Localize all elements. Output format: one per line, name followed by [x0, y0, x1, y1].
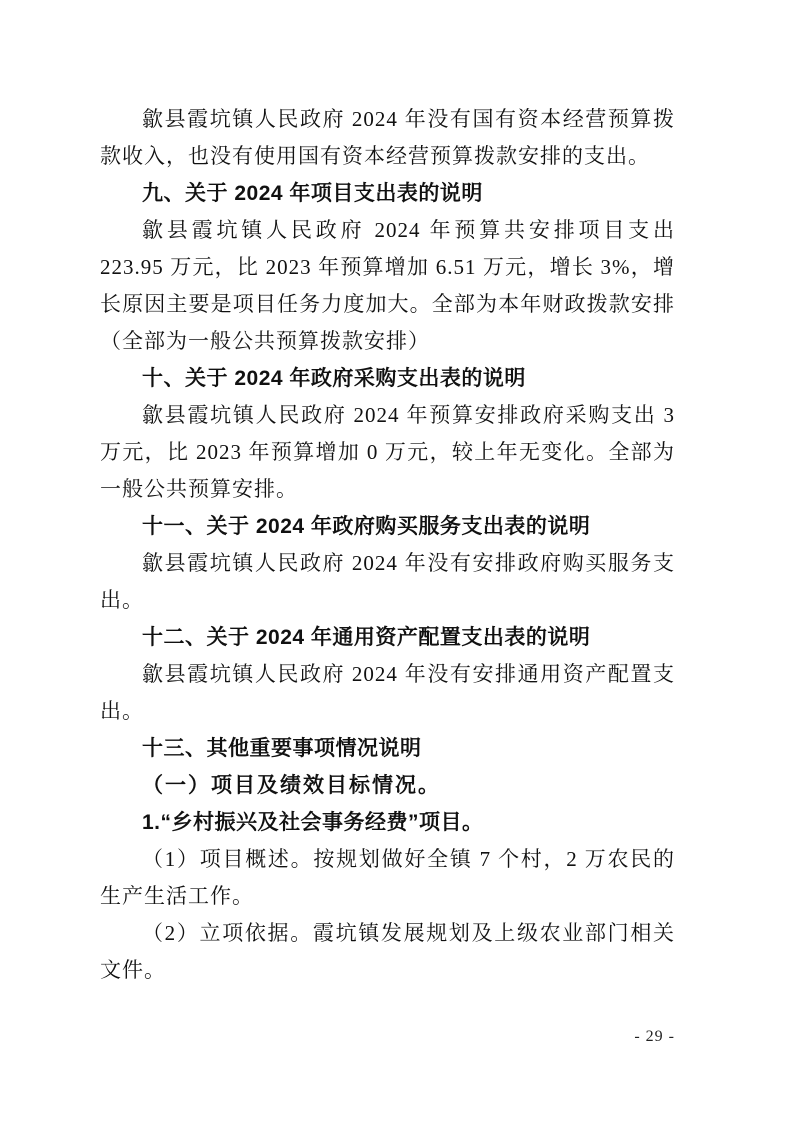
section-heading: 十二、关于 2024 年通用资产配置支出表的说明	[100, 619, 675, 656]
body-paragraph: 歙县霞坑镇人民政府 2024 年预算安排政府采购支出 3 万元，比 2023 年…	[100, 397, 675, 508]
section-heading: 九、关于 2024 年项目支出表的说明	[100, 175, 675, 212]
body-paragraph: 歙县霞坑镇人民政府 2024 年没有国有资本经营预算拨款收入，也没有使用国有资本…	[100, 101, 675, 175]
page-number: - 29 -	[100, 1026, 675, 1048]
body-paragraph: （2）立项依据。霞坑镇发展规划及上级农业部门相关文件。	[100, 915, 675, 989]
body-paragraph: （1）项目概述。按规划做好全镇 7 个村，2 万农民的生产生活工作。	[100, 841, 675, 915]
body-paragraph: 歙县霞坑镇人民政府 2024 年没有安排政府购买服务支出。	[100, 545, 675, 619]
subsection-heading: （一）项目及绩效目标情况。	[100, 767, 675, 804]
body-paragraph: 歙县霞坑镇人民政府 2024 年预算共安排项目支出 223.95 万元，比 20…	[100, 212, 675, 360]
page-content: 歙县霞坑镇人民政府 2024 年没有国有资本经营预算拨款收入，也没有使用国有资本…	[100, 101, 675, 989]
section-heading: 十、关于 2024 年政府采购支出表的说明	[100, 360, 675, 397]
item-heading: 1.“乡村振兴及社会事务经费”项目。	[100, 804, 675, 841]
section-heading: 十三、其他重要事项情况说明	[100, 730, 675, 767]
document-page: 歙县霞坑镇人民政府 2024 年没有国有资本经营预算拨款收入，也没有使用国有资本…	[0, 0, 793, 1122]
section-heading: 十一、关于 2024 年政府购买服务支出表的说明	[100, 508, 675, 545]
body-paragraph: 歙县霞坑镇人民政府 2024 年没有安排通用资产配置支出。	[100, 656, 675, 730]
